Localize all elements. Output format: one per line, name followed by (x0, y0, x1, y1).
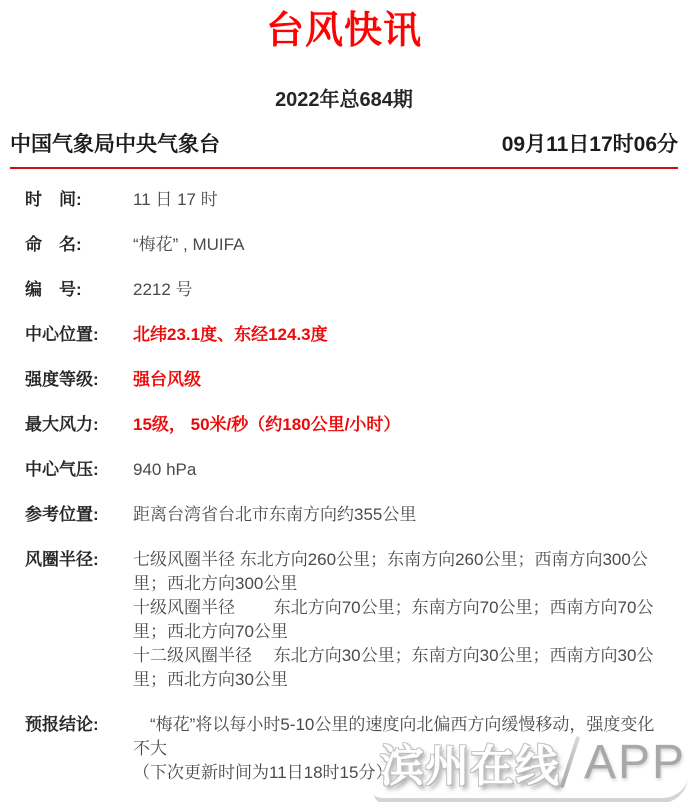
info-row: 最大风力:15级， 50米/秒（约180公里/小时） (25, 413, 668, 437)
row-value-line: 15级， 50米/秒（约180公里/小时） (133, 413, 668, 437)
row-label: 参考位置: (25, 503, 133, 527)
row-value: 2212 号 (133, 278, 668, 302)
row-value: 北纬23.1度、东经124.3度 (133, 323, 668, 347)
row-value-line: 距离台湾省台北市东南方向约355公里 (133, 503, 668, 527)
row-value-line: 强台风级 (133, 368, 668, 392)
info-table: 时 间:11 日 17 时命 名:“梅花” , MUIFA编 号:2212 号中… (0, 169, 688, 785)
row-value-line: 北纬23.1度、东经124.3度 (133, 323, 668, 347)
watermark-app-text: APP (584, 735, 686, 790)
row-label: 时 间: (25, 188, 133, 212)
issue-datetime: 09月11日17时06分 (502, 133, 678, 157)
info-row: 中心气压:940 hPa (25, 458, 668, 482)
agency-name: 中国气象局中央气象台 (10, 133, 220, 157)
row-value: 距离台湾省台北市东南方向约355公里 (133, 503, 668, 527)
info-row: 强度等级:强台风级 (25, 368, 668, 392)
info-row: 参考位置:距离台湾省台北市东南方向约355公里 (25, 503, 668, 527)
watermark-slash-icon (560, 736, 580, 789)
info-row: 中心位置:北纬23.1度、东经124.3度 (25, 323, 668, 347)
row-value-line: 940 hPa (133, 458, 668, 482)
row-label: 中心位置: (25, 323, 133, 347)
info-row: 风圈半径:七级风圈半径 东北方向260公里；东南方向260公里；西南方向300公… (25, 548, 668, 692)
page-title: 台风快讯 (0, 8, 688, 54)
row-label: 强度等级: (25, 368, 133, 392)
row-value: 强台风级 (133, 368, 668, 392)
row-value: 940 hPa (133, 458, 668, 482)
watermark: 滨州在线 APP (380, 730, 686, 794)
row-value-line: 十二级风圈半径 东北方向30公里；东南方向30公里；西南方向30公里；西北方向3… (133, 644, 668, 692)
row-value: 15级， 50米/秒（约180公里/小时） (133, 413, 668, 437)
row-label: 中心气压: (25, 458, 133, 482)
info-row: 编 号:2212 号 (25, 278, 668, 302)
row-value-line: 十级风圈半径 东北方向70公里；东南方向70公里；西南方向70公里；西北方向70… (133, 596, 668, 644)
row-label: 预报结论: (25, 713, 133, 737)
row-value-line: 七级风圈半径 东北方向260公里；东南方向260公里；西南方向300公里；西北方… (133, 548, 668, 596)
meta-row: 中国气象局中央气象台 09月11日17时06分 (0, 133, 688, 157)
row-value-line: 11 日 17 时 (133, 188, 668, 212)
info-row: 命 名:“梅花” , MUIFA (25, 233, 668, 257)
row-label: 命 名: (25, 233, 133, 257)
row-value: “梅花” , MUIFA (133, 233, 668, 257)
row-label: 编 号: (25, 278, 133, 302)
row-label: 风圈半径: (25, 548, 133, 572)
issue-number: 2022年总684期 (0, 88, 688, 112)
typhoon-bulletin-page: 台风快讯 2022年总684期 中国气象局中央气象台 09月11日17时06分 … (0, 0, 688, 802)
row-label: 最大风力: (25, 413, 133, 437)
row-value-line: “梅花” , MUIFA (133, 233, 668, 257)
watermark-site-text: 滨州在线 (380, 730, 560, 794)
row-value: 七级风圈半径 东北方向260公里；东南方向260公里；西南方向300公里；西北方… (133, 548, 668, 692)
row-value: 11 日 17 时 (133, 188, 668, 212)
row-value-line: 2212 号 (133, 278, 668, 302)
info-row: 时 间:11 日 17 时 (25, 188, 668, 212)
